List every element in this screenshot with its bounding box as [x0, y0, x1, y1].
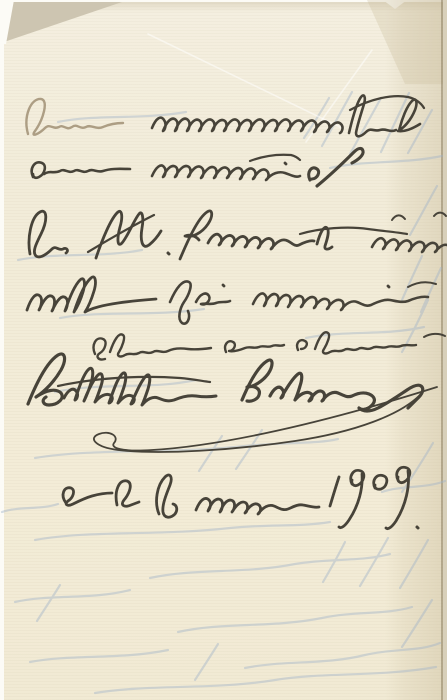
handwriting-line-5 [94, 332, 445, 359]
handwriting-line-4 [27, 277, 436, 324]
date-line [63, 467, 418, 528]
handwriting-line-2 [32, 148, 363, 186]
handwriting-line-3 [29, 211, 447, 259]
signature [28, 354, 423, 411]
scanned-letter-page: Lettre manuscrite leurs remerciements av… [0, 0, 447, 700]
paper-creases [148, 34, 372, 142]
handwriting-layer [0, 0, 447, 700]
